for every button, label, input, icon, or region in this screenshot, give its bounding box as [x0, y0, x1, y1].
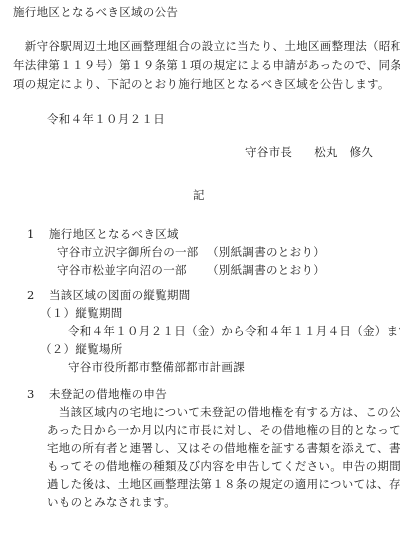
intro-line-2: 年法律第１１９号）第１９条第１項の規定による申請があったので、同条第２	[13, 56, 400, 74]
area-item-2: 守谷市松並字向沼の一部 （別紙調書のとおり）	[57, 261, 187, 279]
section-heading-text: 施行地区となるべき区域	[49, 227, 179, 241]
subsection-2-content: 守谷市役所都市整備部都市計画課	[68, 358, 245, 376]
area-item-1: 守谷市立沢字御所台の一部 （別紙調書のとおり）	[57, 243, 199, 261]
signer-role: 守谷市長	[245, 145, 292, 159]
area-name: 守谷市松並字向沼の一部	[57, 263, 187, 277]
section-number: 2	[27, 286, 49, 304]
area-note: （別紙調書のとおり）	[207, 261, 325, 279]
section-heading-text: 未登記の借地権の申告	[49, 387, 167, 401]
section-3-line-2: あった日から一か月以内に市長に対し、その借地権の目的となっている	[47, 421, 400, 439]
section-3-heading: 3未登記の借地権の申告	[27, 385, 167, 403]
section-3-line-3: 宅地の所有者と連署し、又はその借地権を証する書類を添えて、書面を	[47, 439, 400, 457]
area-note: （別紙調書のとおり）	[207, 243, 325, 261]
section-3-line-5: 過した後は、土地区画整理法第１８条の規定の適用については、存しな	[47, 475, 400, 493]
section-heading-text: 当該区域の図面の縦覧期間	[49, 288, 191, 302]
intro-line-3: 項の規定により、下記のとおり施行地区となるべき区域を公告します。	[13, 75, 390, 93]
section-1-heading: 1施行地区となるべき区域	[27, 225, 179, 243]
signer-block: 守谷市長松丸 修久	[245, 143, 373, 161]
subsection-2-label: （２）縦覧場所	[40, 340, 123, 358]
section-number: 3	[27, 385, 49, 403]
section-3-line-6: いものとみなされます。	[47, 493, 176, 511]
section-3-line-1: 当該区域内の宅地について未登記の借地権を有する方は、この公告が	[47, 403, 400, 421]
section-number: 1	[27, 225, 49, 243]
subsection-1-label: （１）縦覧期間	[40, 304, 123, 322]
subsection-1-content: 令和４年１０月２１日（金）から令和４年１１月４日（金）まで	[68, 322, 400, 340]
area-name: 守谷市立沢字御所台の一部	[57, 245, 199, 259]
section-2-heading: 2当該区域の図面の縦覧期間	[27, 286, 191, 304]
notice-date: 令和４年１０月２１日	[47, 110, 165, 128]
section-3-line-4: もってその借地権の種類及び内容を申告してください。申告の期間を経	[47, 457, 400, 475]
ki-marker: 記	[193, 186, 205, 204]
intro-line-1: 新守谷駅周辺土地区画整理組合の設立に当たり、土地区画整理法（昭和２９	[13, 37, 400, 55]
document-title: 施行地区となるべき区域の公告	[13, 3, 178, 21]
signer-name: 松丸 修久	[314, 145, 373, 159]
